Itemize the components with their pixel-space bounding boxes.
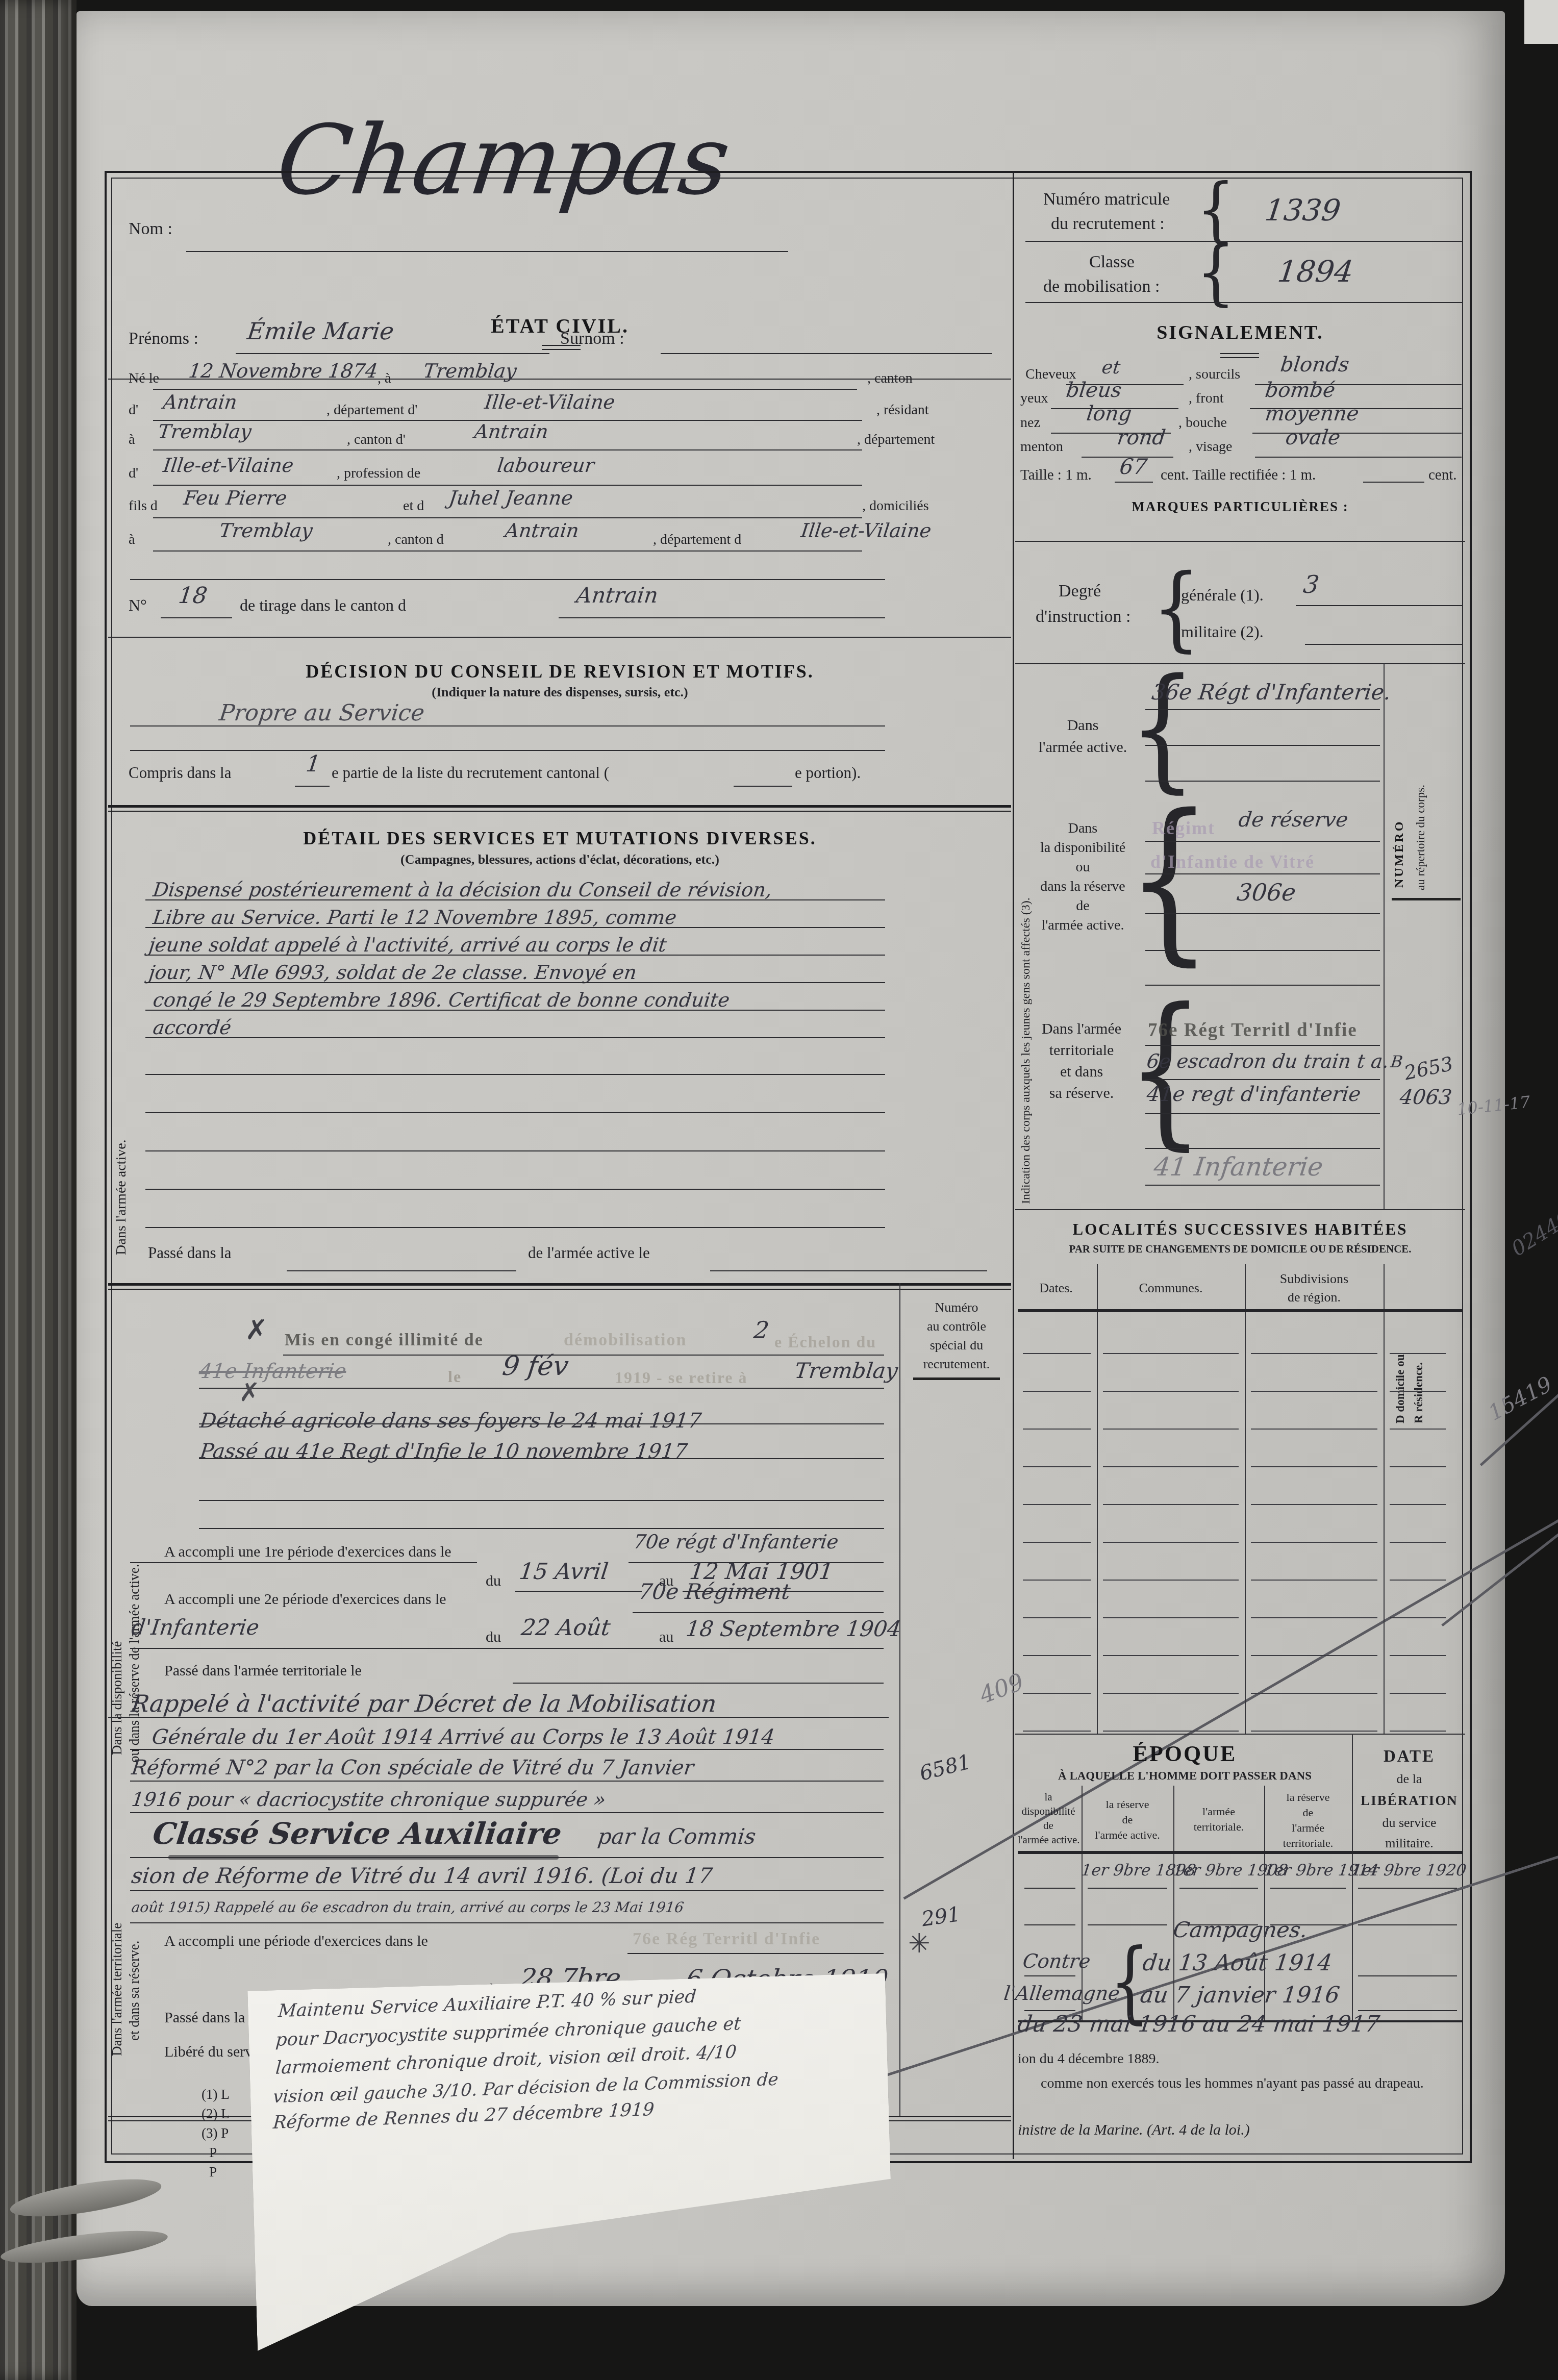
sourcils-label: , sourcils xyxy=(1189,366,1240,383)
epoque-col1-header: de xyxy=(1018,1819,1079,1832)
epoque-date-header: LIBÉRATION xyxy=(1354,1793,1464,1809)
front-value: bombé xyxy=(1264,379,1337,402)
periode2-date2-value: 18 Septembre 1904 xyxy=(685,1616,902,1641)
subcolumn-divider xyxy=(899,1283,900,2116)
footnote-marker: (1) L xyxy=(202,2087,230,2102)
periode2-label: A accompli une 2e période d'exercices da… xyxy=(164,1591,446,1608)
rule-line xyxy=(1015,663,1465,664)
etat-civil-title: ÉTAT CIVIL. xyxy=(107,314,1013,338)
rule-line xyxy=(710,1270,987,1271)
corps-terr-label: et dans xyxy=(1031,1063,1133,1081)
corps-side-label: Indication des corps auxquels les jeunes… xyxy=(1019,673,1033,1204)
epoque-col2-header: de xyxy=(1084,1813,1171,1826)
epoque-col3-header: l'armée xyxy=(1176,1805,1262,1818)
rule-line xyxy=(130,1781,884,1782)
dacryocystite-line: 1916 pour « dacriocystite chronique supp… xyxy=(130,1788,607,1811)
rule-line xyxy=(913,1377,1000,1380)
corps-dispo-label: Dans xyxy=(1033,820,1133,837)
services-side-label: Dans l'armée active. xyxy=(113,867,130,1255)
rule-line xyxy=(1145,1148,1380,1149)
epoque-reserve-active-value: 1er 9bre 1898 xyxy=(1080,1861,1174,1880)
birth-date-value: 12 Novembre 1874 xyxy=(187,360,379,382)
regiment-306-value: 306e xyxy=(1236,879,1298,906)
rule-line xyxy=(1145,1045,1380,1046)
departement-label: , département xyxy=(857,432,935,448)
domicile-departement-value: Ille-et-Vilaine xyxy=(799,519,933,542)
rule-line xyxy=(161,617,232,618)
le-stamp: le xyxy=(448,1367,462,1386)
rule-line xyxy=(130,1749,884,1750)
rule-line xyxy=(283,1355,884,1356)
rule-line xyxy=(1024,1888,1075,1889)
localites-col-communes: Communes. xyxy=(1099,1281,1242,1296)
service-line: jeune soldat appelé à l'activité, arrivé… xyxy=(147,934,668,956)
departement-label: , département d xyxy=(653,532,741,548)
numero-controle-label: au contrôle xyxy=(902,1319,1011,1334)
rule-line xyxy=(153,485,862,486)
rule-line xyxy=(145,899,885,900)
campagne-date-2: au 7 janvier 1916 xyxy=(1139,1982,1341,2008)
campagne-contre: Contre xyxy=(1021,1950,1092,1972)
rule-line xyxy=(1255,457,1462,458)
epoque-col2-header: la réserve xyxy=(1084,1798,1171,1811)
detache-agricole-line: Détaché agricole dans ses foyers le 24 m… xyxy=(198,1409,702,1433)
epoque-reserve-terr-value: 1er 9bre 1914 xyxy=(1263,1861,1353,1880)
mother-name-value: Juhel Jeanne xyxy=(447,487,574,509)
domicile-canton-value: Antrain xyxy=(504,519,580,542)
services-title: DÉTAIL DES SERVICES ET MUTATIONS DIVERSE… xyxy=(107,828,1013,849)
degre-label-2: d'instruction : xyxy=(1036,607,1131,627)
repertoire-letter: B xyxy=(1390,1052,1404,1071)
epoque-col2-header: l'armée active. xyxy=(1084,1828,1171,1842)
rule-line xyxy=(130,1922,884,1923)
residence-departement-value: Ille-et-Vilaine xyxy=(162,454,295,477)
rule-line xyxy=(153,550,862,552)
epoque-territoriale-value: 1er 9bre 1908 xyxy=(1172,1861,1265,1880)
repertoire-number-struck: 02440 xyxy=(1507,415,1558,1261)
rule-line xyxy=(186,251,788,252)
periode-terr-label: A accompli une période d'exercices dans … xyxy=(164,1933,428,1950)
rappele-escadron-line: août 1915) Rappelé au 6e escadron du tra… xyxy=(131,1899,685,1916)
corps-terr-label: sa réserve. xyxy=(1031,1085,1133,1102)
matricule-label-2: du recrutement : xyxy=(1051,214,1165,234)
classe-value: 1894 xyxy=(1276,254,1355,289)
campagne-date-3: du 23 mai 1916 au 24 mai 1917 xyxy=(1016,2011,1381,2037)
rule-line xyxy=(295,786,330,787)
infanterie-41-pencil: 41 Infanterie xyxy=(1152,1152,1324,1182)
epoque-date-header: du service xyxy=(1354,1815,1464,1831)
father-name-value: Feu Pierre xyxy=(182,487,288,509)
epoque-date-header: DATE xyxy=(1354,1747,1464,1766)
service-line: jour, N° Mle 6993, soldat de 2e classe. … xyxy=(147,961,638,984)
nom-label: Nom : xyxy=(129,219,172,239)
nez-label: nez xyxy=(1020,415,1040,431)
tirage-no-label: N° xyxy=(129,596,147,615)
periode1-date1-value: 15 Avril xyxy=(518,1559,610,1585)
footnote-fragment: ion du 4 décembre 1889. xyxy=(1018,2051,1160,2067)
footnote-marker: P xyxy=(209,2145,217,2161)
birth-departement-value: Ille-et-Vilaine xyxy=(483,391,616,413)
rule-line xyxy=(1025,241,1463,242)
compris-label-2: e partie de la liste du recrutement cant… xyxy=(332,764,609,782)
rule-line xyxy=(1025,302,1463,303)
mis-conge-stamp: Mis en congé illimité de xyxy=(285,1331,484,1350)
matricule-label-1: Numéro matricule xyxy=(1043,190,1170,209)
services-subtitle: (Campagnes, blessures, actions d'éclat, … xyxy=(107,852,1013,867)
matricule-value: 1339 xyxy=(1263,193,1343,228)
menton-value: rond xyxy=(1116,426,1167,449)
campagnes-title: Campagnes. xyxy=(1172,1917,1309,1942)
bouche-label: , bouche xyxy=(1178,415,1227,431)
d-label: d' xyxy=(129,465,138,482)
rule-line xyxy=(1179,1888,1258,1889)
rule-line xyxy=(1024,1924,1075,1925)
table-header-rule xyxy=(1018,1309,1463,1312)
campagne-date-1: du 13 Août 1914 xyxy=(1141,1950,1334,1976)
taille-value: 67 xyxy=(1118,454,1148,479)
rule-line xyxy=(145,1150,885,1151)
d-label: d' xyxy=(129,402,138,418)
rule-line xyxy=(236,353,549,354)
main-column-divider xyxy=(1013,171,1014,2159)
regiment-41-value: 41e regt d'infanterie xyxy=(1145,1083,1362,1106)
campagne-allemagne: l'Allemagne xyxy=(1002,1982,1121,2005)
table-column-divider xyxy=(1097,1264,1098,1734)
rule-line xyxy=(130,1857,884,1858)
table-column-divider xyxy=(1384,1264,1385,1734)
classe-label-2: de mobilisation : xyxy=(1043,277,1160,296)
echelon-stamp: e Échelon du xyxy=(774,1333,876,1351)
service-line: Libre au Service. Parti le 12 Novembre 1… xyxy=(152,906,677,929)
tirage-canton-value: Antrain xyxy=(575,583,660,608)
title-dash xyxy=(1220,353,1259,358)
canton-label: , canton d' xyxy=(347,432,406,448)
service-line: congé le 29 Septembre 1896. Certificat d… xyxy=(152,989,731,1011)
localites-col-dates: Dates. xyxy=(1018,1281,1094,1296)
periode1-regiment-value: 70e régt d'Infanterie xyxy=(632,1531,840,1553)
rule-line xyxy=(130,725,885,726)
rule-line xyxy=(515,1591,642,1592)
rule-line xyxy=(1145,873,1380,874)
rule-line xyxy=(287,1270,516,1271)
rule-line xyxy=(1145,1079,1380,1080)
epoque-subtitle: À LAQUELLE L'HOMME DOIT PASSER DANS xyxy=(1018,1769,1352,1783)
corps-terr-label: territoriale xyxy=(1031,1042,1133,1059)
rappele-line: Rappelé à l'activité par Décret de la Mo… xyxy=(130,1690,718,1717)
corps-dispo-label: dans la réserve xyxy=(1033,879,1133,895)
rule-line xyxy=(1296,605,1463,606)
footnote-marker: P xyxy=(209,2164,217,2180)
footnote-marker: (3) P xyxy=(202,2125,229,2141)
x-mark-icon: ✗ xyxy=(239,1377,260,1407)
rule-line xyxy=(153,517,862,518)
rule-line xyxy=(1145,745,1380,746)
degre-generale-label: générale (1). xyxy=(1181,586,1264,605)
localites-col-subdivisions-2: de région. xyxy=(1247,1290,1381,1305)
rule-line xyxy=(1305,644,1463,645)
terr-side-label-1: Dans l'armée territoriale xyxy=(109,1699,125,2056)
rule-line xyxy=(130,1890,884,1891)
rule-line xyxy=(1145,841,1380,842)
rule-line xyxy=(145,1189,885,1190)
epoque-col4-header: de xyxy=(1266,1806,1350,1819)
cent-label: cent. xyxy=(1428,467,1457,484)
du-label: du xyxy=(486,1572,501,1590)
footnote-fragment: comme non exercés tous les hommes n'ayan… xyxy=(1041,2075,1424,2092)
decision-subtitle: (Indiquer la nature des dispenses, sursi… xyxy=(107,685,1013,700)
rule-line xyxy=(1358,1975,1457,1976)
compris-label-3: e portion). xyxy=(795,764,861,782)
a-label: , à xyxy=(378,370,391,387)
corps-terr-label: Dans l'armée xyxy=(1031,1020,1133,1038)
localites-title: LOCALITÉS SUCCESSIVES HABITÉES xyxy=(1015,1220,1465,1239)
periode2-date1-value: 22 Août xyxy=(520,1615,612,1641)
rule-line xyxy=(513,1683,884,1684)
rule-line xyxy=(661,353,992,354)
rule-line xyxy=(1270,1888,1346,1889)
rule-line xyxy=(153,389,857,390)
epoque-col1-header: l'armée active. xyxy=(1018,1834,1079,1846)
table-column-divider xyxy=(1245,1264,1246,1734)
rule-line xyxy=(1015,541,1465,542)
rule-line xyxy=(1145,950,1380,951)
residence-commune-value: Tremblay xyxy=(157,420,253,443)
table-empty-rows xyxy=(1251,1316,1377,1734)
rule-line xyxy=(130,750,885,751)
periode2-regiment-value-2: d'Infanterie xyxy=(130,1615,261,1640)
classe-service-auxiliaire-line: Classé Service Auxiliaire xyxy=(151,1816,564,1851)
corps-active-label-2: l'armée active. xyxy=(1036,739,1130,756)
rule-line xyxy=(130,1648,884,1649)
subcolumn-divider xyxy=(1384,663,1385,1209)
rule-line xyxy=(1358,1924,1457,1925)
departement-label: , département d' xyxy=(326,402,417,418)
signalement-title: SIGNALEMENT. xyxy=(1015,321,1465,344)
rule-line xyxy=(1145,1113,1380,1114)
decision-title: DÉCISION DU CONSEIL DE REVISION ET MOTIF… xyxy=(107,661,1013,682)
birth-canton-value: Antrain xyxy=(162,391,238,413)
service-line: Dispensé postérieurement à la décision d… xyxy=(152,879,773,901)
corps-dispo-label: de xyxy=(1033,898,1133,914)
table-empty-rows xyxy=(1390,1316,1446,1734)
taille-rectifiee-label: cent. Taille rectifiée : 1 m. xyxy=(1161,467,1316,484)
profession-label: , profession de xyxy=(337,465,420,482)
epoque-col4-header: l'armée xyxy=(1266,1821,1350,1835)
rule-line xyxy=(145,1010,885,1011)
ne-le-label: Né le xyxy=(129,370,159,387)
rule-line xyxy=(1015,1209,1465,1210)
numero-controle-label: recrutement. xyxy=(902,1357,1011,1372)
rule-line xyxy=(130,1812,884,1813)
rule-line xyxy=(1115,482,1153,483)
periode2-regiment-value: 70e Régiment xyxy=(637,1579,792,1604)
rule-line xyxy=(1145,1185,1380,1186)
passe-territoriale-label: Passé dans l'armée territoriale le xyxy=(164,1662,362,1680)
residence-canton-value: Antrain xyxy=(473,420,549,443)
rule-line xyxy=(145,1112,885,1113)
tirage-no-value: 18 xyxy=(177,583,209,609)
epoque-col4-header: la réserve xyxy=(1266,1791,1350,1804)
rule-line xyxy=(145,982,885,983)
mobilisation-line: Générale du 1er Août 1914 Arrivé au Corp… xyxy=(150,1725,776,1749)
rule-line xyxy=(559,617,885,618)
au-label: au xyxy=(659,1629,673,1646)
classe-label-1: Classe xyxy=(1089,253,1135,272)
passe-41-line: Passé au 41e Regt d'Infie le 10 novembre… xyxy=(198,1440,689,1463)
reforme-line: Réformé N°2 par la Con spéciale de Vitré… xyxy=(130,1756,695,1780)
bouche-value: moyenne xyxy=(1264,402,1360,425)
numero-repertoire-label-1: NUMÉRO xyxy=(1393,673,1406,888)
dispo-side-label-1: Dans la disponibilité xyxy=(109,1306,125,1755)
date-9fev-value: 9 fév xyxy=(500,1351,570,1382)
rule-line xyxy=(145,1037,885,1038)
sourcils-value: blonds xyxy=(1279,353,1350,377)
rule-line xyxy=(145,1227,885,1228)
domicile-commune-value: Tremblay xyxy=(218,519,314,542)
rule-line xyxy=(1145,709,1380,710)
passe-active-label-1: Passé dans la xyxy=(148,1244,232,1262)
front-label: , front xyxy=(1189,390,1223,407)
numero-repertoire-label-2: au répertoire du corps. xyxy=(1414,671,1427,890)
epoque-col1-header: disponibilité xyxy=(1018,1805,1079,1818)
rule-line xyxy=(145,927,885,928)
footnote-fragment: inistre de la Marine. (Art. 4 de la loi.… xyxy=(1018,2121,1250,2139)
table-empty-rows xyxy=(1103,1316,1239,1734)
table-header-rule xyxy=(1018,1851,1463,1854)
rule-line xyxy=(108,1717,889,1718)
corps-dispo-label: la disponibilité xyxy=(1033,840,1133,856)
yeux-label: yeux xyxy=(1020,390,1048,407)
profession-value: laboureur xyxy=(496,454,595,477)
regiment-76-faint-stamp: 76e Rég Territl d'Infie xyxy=(633,1930,820,1949)
section-divider xyxy=(108,805,1011,812)
rule-line xyxy=(1252,433,1462,434)
epoque-liberation-value: 1er 9bre 1920 xyxy=(1351,1861,1464,1880)
reserve-value: de réserve xyxy=(1237,808,1349,832)
book-spine-page-stack xyxy=(0,0,77,2380)
et-label: et d xyxy=(403,498,424,514)
reforme-vitre-line: sion de Réforme de Vitré du 14 avril 191… xyxy=(130,1863,714,1888)
rule-line xyxy=(1088,1924,1167,1925)
visage-value: ovale xyxy=(1284,426,1342,449)
rule-line xyxy=(1358,1888,1457,1889)
numero-controle-label: spécial du xyxy=(902,1338,1011,1353)
epoque-title: ÉPOQUE xyxy=(1018,1741,1352,1767)
rule-line xyxy=(627,1953,884,1954)
escadron-value: 6e escadron du train t a. xyxy=(1145,1050,1390,1072)
a-label: à xyxy=(129,432,135,448)
rule-line xyxy=(734,786,792,787)
section-divider xyxy=(108,1283,1011,1290)
reserve-regiment-stamp: Régimt xyxy=(1152,817,1215,839)
fils-label: fils d xyxy=(129,498,158,514)
taille-label: Taille : 1 m. xyxy=(1020,467,1092,484)
canton-label: , canton d xyxy=(388,532,444,548)
rule-line xyxy=(1392,898,1461,900)
a-label: à xyxy=(129,532,135,548)
compris-label-1: Compris dans la xyxy=(129,764,232,782)
classe-brace: { xyxy=(1196,238,1235,308)
rule-line xyxy=(633,1612,884,1613)
localites-col-subdivisions: Subdivisions xyxy=(1247,1271,1381,1287)
corps-dispo-label: l'armée active. xyxy=(1033,917,1133,934)
star-mark-icon: ✳ xyxy=(908,1928,931,1959)
visage-label: , visage xyxy=(1189,439,1233,455)
yeux-value: bleus xyxy=(1065,379,1123,402)
table-empty-rows xyxy=(1023,1316,1091,1734)
vitre-stamp: d'Infantie de Vitré xyxy=(1150,851,1315,872)
x-mark-icon: ✗ xyxy=(245,1314,268,1346)
rule-line xyxy=(130,579,885,580)
periode1-label: A accompli une 1re période d'exercices d… xyxy=(164,1543,451,1561)
residant-label: , résidant xyxy=(876,402,929,418)
menton-label: menton xyxy=(1020,439,1063,455)
retire-stamp: 1919 - se retire à xyxy=(615,1368,748,1387)
epoque-date-header: militaire. xyxy=(1354,1836,1464,1851)
regiment-76-stamp: 76e Régt Territl d'Infie xyxy=(1148,1019,1358,1041)
title-dash xyxy=(542,345,581,350)
demobilisation-stamp: démobilisation xyxy=(564,1331,687,1350)
rule-line xyxy=(153,449,862,450)
rule-line xyxy=(145,955,885,956)
passe-active-label-2: de l'armée active le xyxy=(528,1244,650,1262)
corps-active-value: 36e Régt d'Infanterie. xyxy=(1150,680,1392,705)
cheveux-value: et xyxy=(1100,357,1121,378)
retire-lieu-value: Tremblay xyxy=(793,1358,899,1383)
du-label: du xyxy=(486,1629,501,1646)
rule-line xyxy=(1024,1975,1075,1976)
rule-line xyxy=(108,637,1011,638)
rule-line xyxy=(199,1528,884,1529)
infanterie-41-value: 41e Infanterie xyxy=(197,1360,347,1383)
marques-label: MARQUES PARTICULIÈRES : xyxy=(1015,499,1465,515)
rule-line xyxy=(1088,1888,1167,1889)
rule-line xyxy=(1363,482,1424,483)
decision-value: Propre au Service xyxy=(218,700,426,726)
commission-line: par la Commis xyxy=(596,1824,757,1849)
domicilies-label: , domiciliés xyxy=(862,498,929,514)
degre-label-1: Degré xyxy=(1059,582,1101,601)
corps-dispo-label: ou xyxy=(1033,859,1133,875)
epoque-col3-header: territoriale. xyxy=(1176,1820,1262,1834)
rule-line xyxy=(199,1500,884,1501)
rule-line xyxy=(199,1388,884,1389)
numero-controle-label: Numéro xyxy=(902,1300,1011,1315)
rule-line xyxy=(1145,913,1380,914)
nez-value: long xyxy=(1085,402,1133,425)
degre-militaire-label: militaire (2). xyxy=(1181,622,1264,641)
corps-active-label-1: Dans xyxy=(1036,717,1130,734)
tirage-label: de tirage dans le canton d xyxy=(240,596,406,615)
scan-corner-sliver xyxy=(1524,0,1558,44)
epoque-col4-header: territoriale. xyxy=(1266,1837,1350,1850)
rule-line xyxy=(145,1074,885,1075)
service-line: accordé xyxy=(152,1016,232,1039)
scanned-military-register-page: Champas Nom : Prénoms : Émile Marie Surn… xyxy=(0,0,1558,2380)
rule-line xyxy=(130,1562,477,1563)
rule-line xyxy=(1015,1734,1465,1735)
canton-label: , canton xyxy=(867,370,913,387)
birth-commune-value: Tremblay xyxy=(422,360,518,382)
repertoire-number: 4063 xyxy=(1398,1086,1453,1109)
epoque-date-header: de la xyxy=(1354,1771,1464,1787)
epoque-col1-header: la xyxy=(1018,1791,1079,1803)
